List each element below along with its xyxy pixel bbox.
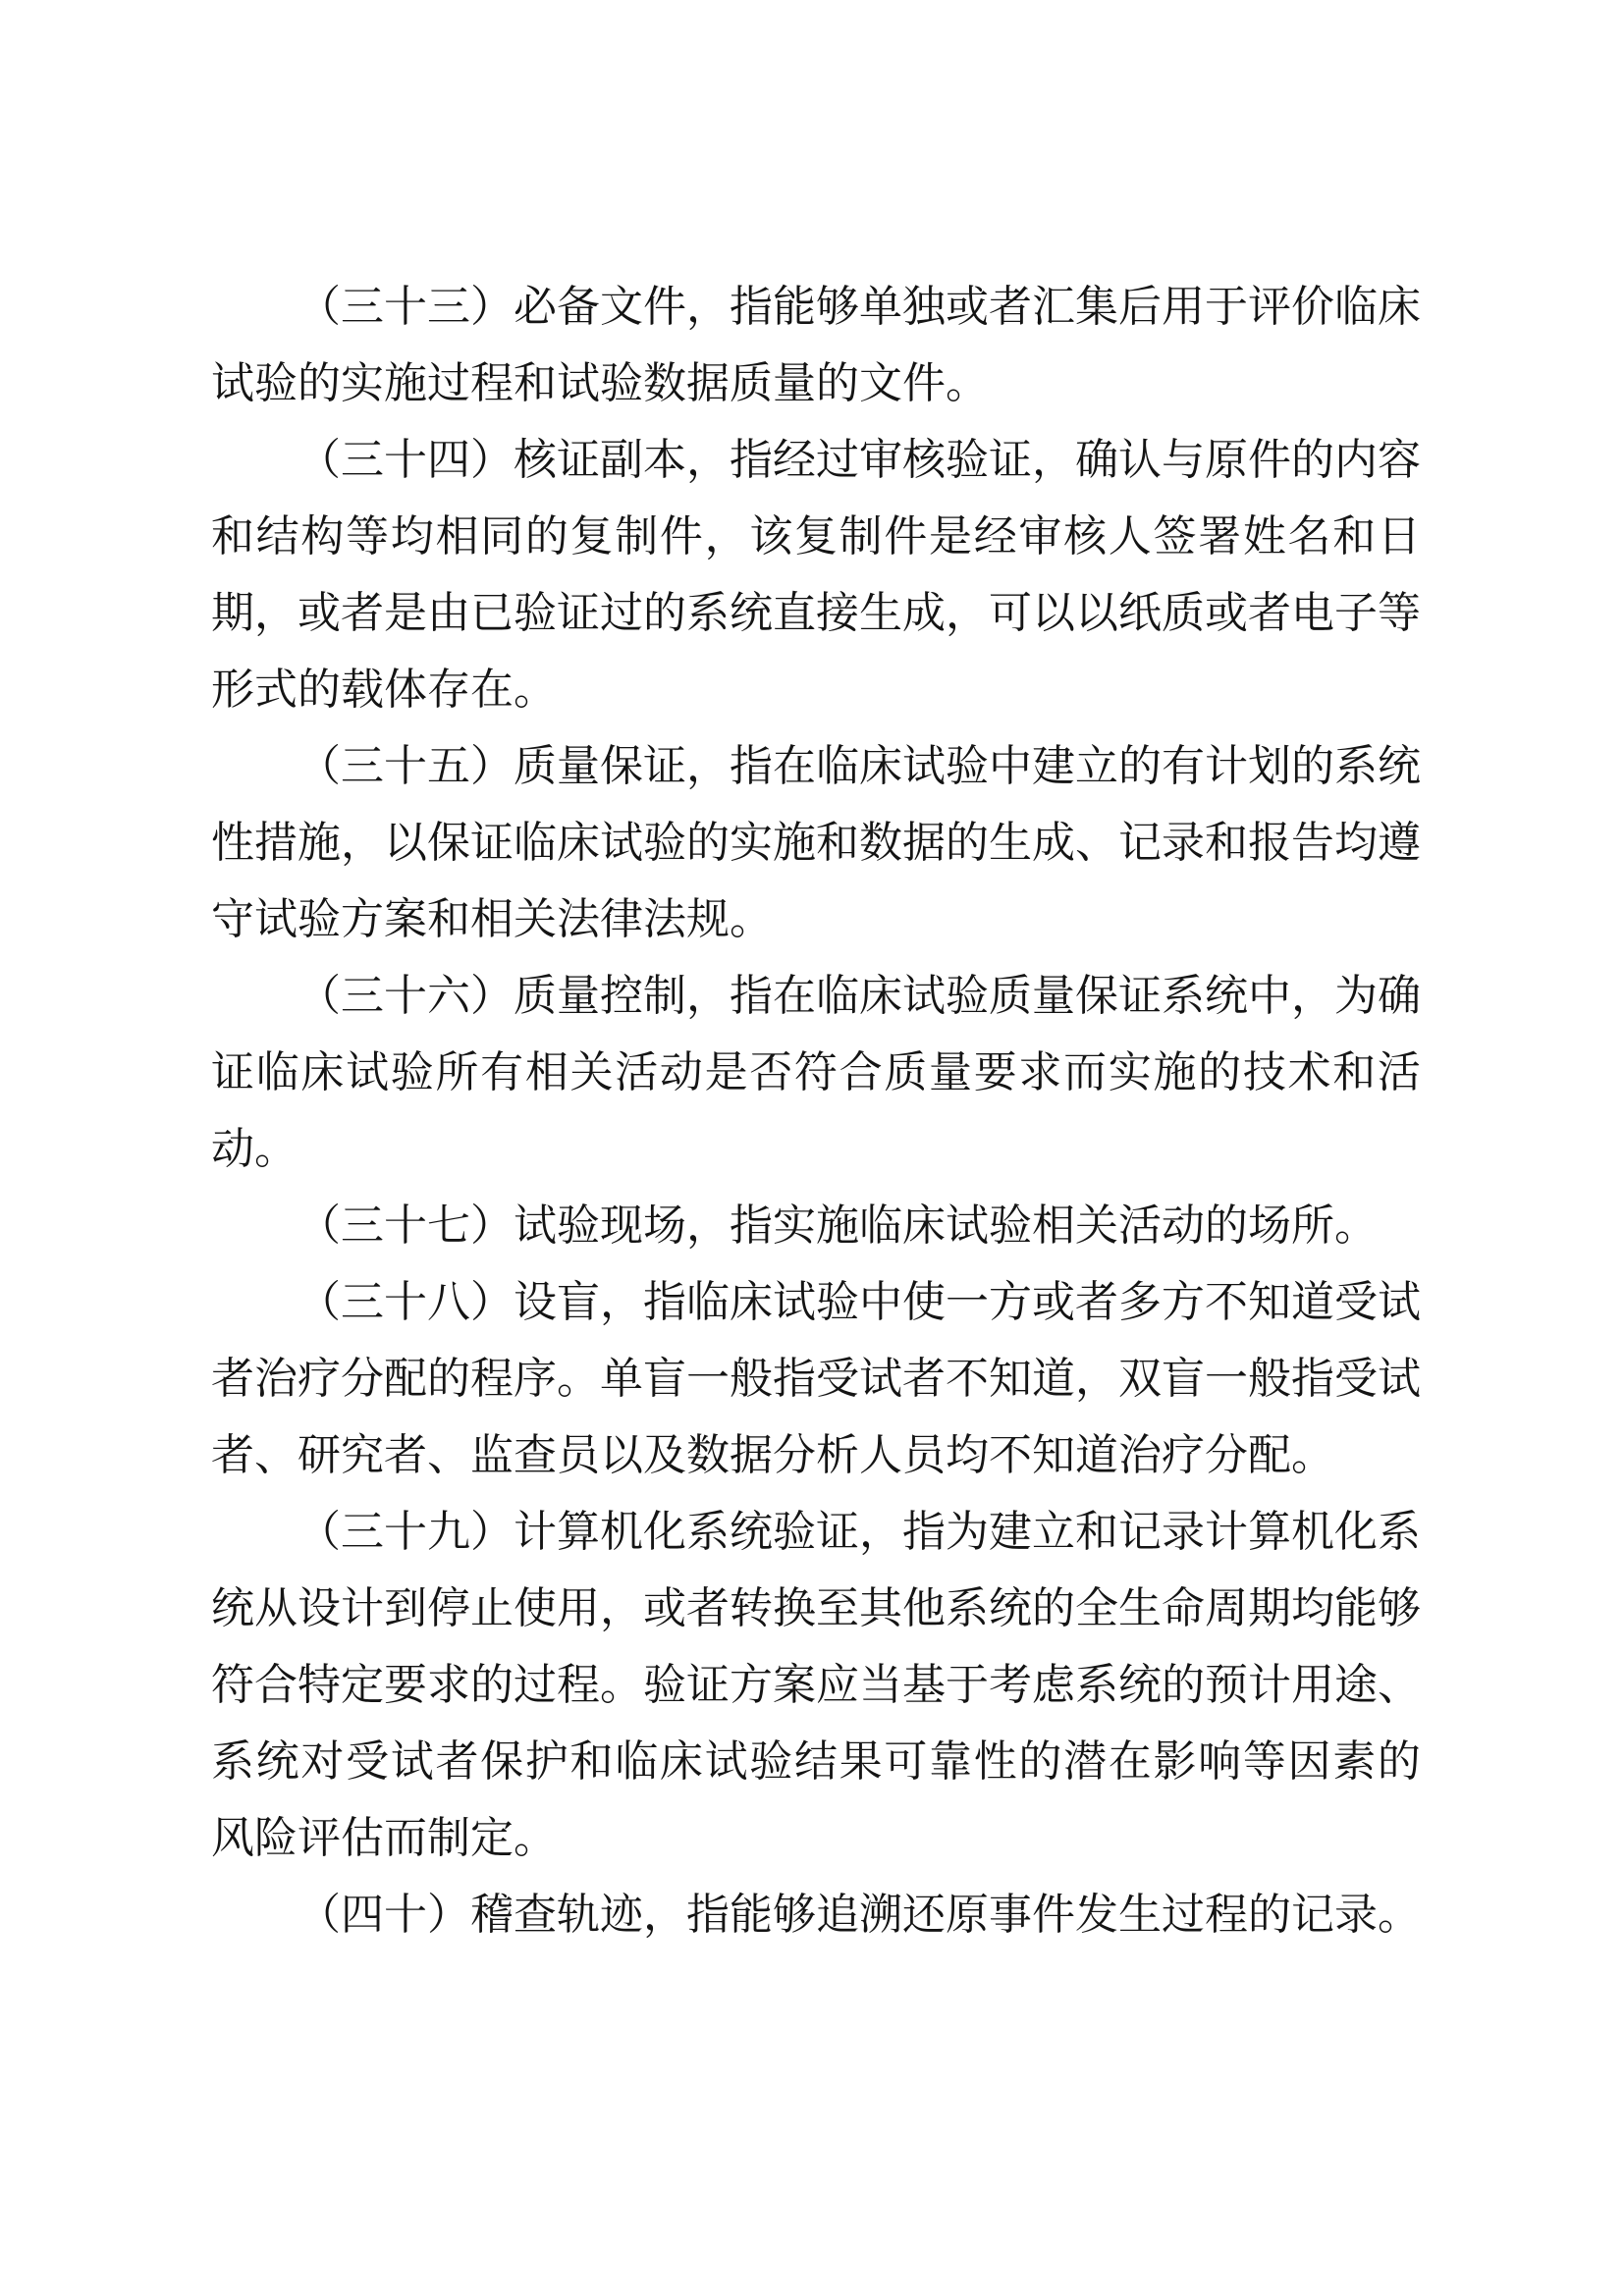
- definition-paragraph: （三十四）核证副本，指经过审核验证，确认与原件的内容和结构等均相同的复制件，该复…: [211, 422, 1421, 728]
- text-line: 期，或者是由已验证过的系统直接生成，可以以纸质或者电子等: [211, 575, 1421, 652]
- text-line: 性措施，以保证临床试验的实施和数据的生成、记录和报告均遵: [211, 805, 1421, 881]
- definition-paragraph: （三十六）质量控制，指在临床试验质量保证系统中，为确证临床试验所有相关活动是否符…: [211, 958, 1421, 1188]
- text-line: （三十六）质量控制，指在临床试验质量保证系统中，为确: [211, 958, 1421, 1035]
- text-line: 动。: [211, 1111, 1421, 1188]
- definition-paragraph: （三十九）计算机化系统验证，指为建立和记录计算机化系统从设计到停止使用，或者转换…: [211, 1494, 1421, 1877]
- text-line: 证临床试验所有相关活动是否符合质量要求而实施的技术和活: [211, 1035, 1421, 1111]
- text-line: （三十三）必备文件，指能够单独或者汇集后用于评价临床: [211, 269, 1421, 346]
- text-line: 符合特定要求的过程。验证方案应当基于考虑系统的预计用途、: [211, 1647, 1421, 1724]
- document-text: （三十三）必备文件，指能够单独或者汇集后用于评价临床试验的实施过程和试验数据质量…: [211, 269, 1421, 1953]
- definition-paragraph: （四十）稽查轨迹，指能够追溯还原事件发生过程的记录。: [211, 1877, 1421, 1953]
- text-line: （三十四）核证副本，指经过审核验证，确认与原件的内容: [211, 422, 1421, 499]
- text-line: 试验的实施过程和试验数据质量的文件。: [211, 346, 1421, 422]
- definition-paragraph: （三十八）设盲，指临床试验中使一方或者多方不知道受试者治疗分配的程序。单盲一般指…: [211, 1264, 1421, 1494]
- definition-paragraph: （三十七）试验现场，指实施临床试验相关活动的场所。: [211, 1188, 1421, 1264]
- definition-paragraph: （三十三）必备文件，指能够单独或者汇集后用于评价临床试验的实施过程和试验数据质量…: [211, 269, 1421, 422]
- definition-paragraph: （三十五）质量保证，指在临床试验中建立的有计划的系统性措施，以保证临床试验的实施…: [211, 728, 1421, 958]
- text-line: 者、研究者、监查员以及数据分析人员均不知道治疗分配。: [211, 1417, 1421, 1494]
- text-line: （三十八）设盲，指临床试验中使一方或者多方不知道受试: [211, 1264, 1421, 1341]
- text-line: 和结构等均相同的复制件，该复制件是经审核人签署姓名和日: [211, 499, 1421, 575]
- text-line: （四十）稽查轨迹，指能够追溯还原事件发生过程的记录。: [211, 1877, 1421, 1953]
- text-line: 守试验方案和相关法律法规。: [211, 881, 1421, 958]
- text-line: （三十九）计算机化系统验证，指为建立和记录计算机化系: [211, 1494, 1421, 1571]
- text-line: 系统对受试者保护和临床试验结果可靠性的潜在影响等因素的: [211, 1724, 1421, 1800]
- text-line: （三十七）试验现场，指实施临床试验相关活动的场所。: [211, 1188, 1421, 1264]
- text-line: 形式的载体存在。: [211, 652, 1421, 728]
- text-line: 统从设计到停止使用，或者转换至其他系统的全生命周期均能够: [211, 1571, 1421, 1647]
- text-line: 风险评估而制定。: [211, 1800, 1421, 1877]
- text-line: 者治疗分配的程序。单盲一般指受试者不知道，双盲一般指受试: [211, 1341, 1421, 1417]
- text-line: （三十五）质量保证，指在临床试验中建立的有计划的系统: [211, 728, 1421, 805]
- document-page: （三十三）必备文件，指能够单独或者汇集后用于评价临床试验的实施过程和试验数据质量…: [0, 0, 1624, 2296]
